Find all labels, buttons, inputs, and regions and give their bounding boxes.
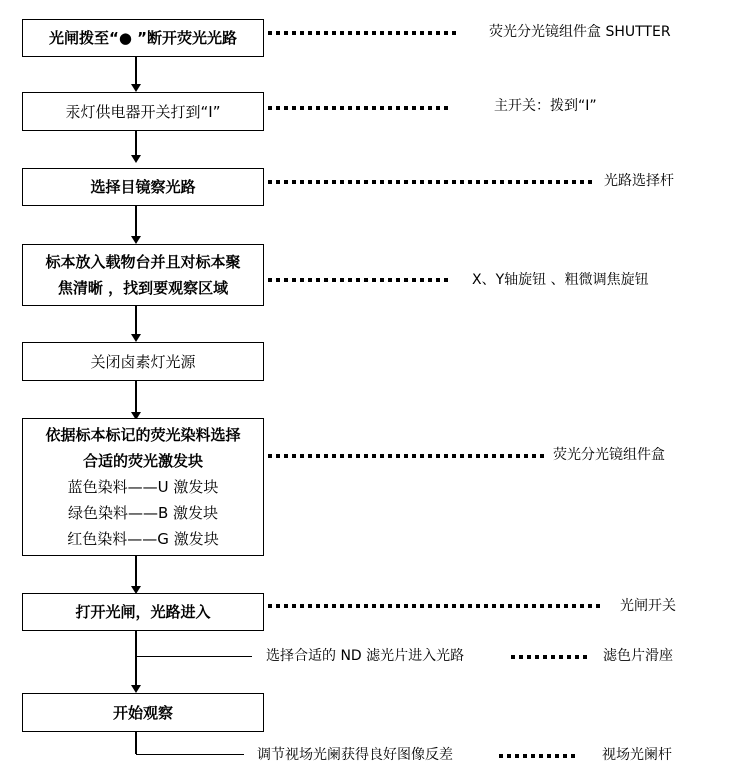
step-3-box: 选择目镜察光路: [22, 168, 264, 206]
branch-2-connector: [499, 754, 579, 758]
step-1-box: 光闸拨至“● ”断开荧光光路: [22, 19, 264, 57]
step-4-connector: [268, 278, 448, 282]
branch-1-connector: [511, 655, 587, 659]
flow-line: [135, 131, 137, 157]
step-3-label: 选择目镜察光路: [90, 174, 195, 200]
step-4-annotation: X、Y轴旋钮 、粗微调焦旋钮: [472, 271, 649, 289]
step-7-box: 打开光闸，光路进入: [22, 593, 264, 631]
step-2-connector: [268, 106, 448, 110]
branch-2-line: [136, 754, 244, 755]
step-4-label-line-1: 标本放入载物台并且对标本聚: [45, 249, 240, 275]
step-7-annotation: 光闸开关: [620, 597, 676, 615]
step-2-annotation: 主开关：拨到“I”: [494, 97, 597, 115]
arrow-down-icon: [131, 155, 141, 163]
step-6-label-line-1: 依据标本标记的荧光染料选择: [45, 422, 240, 448]
step-1-connector: [268, 31, 458, 35]
step-4-box: 标本放入载物台并且对标本聚 焦清晰 ，找到要观察区域: [22, 244, 264, 306]
step-1-annotation: 荧光分光镜组件盒 SHUTTER: [489, 23, 671, 41]
branch-2-text: 调节视场光阑获得良好图像反差: [257, 746, 453, 764]
step-4-label-line-2: 焦清晰 ，找到要观察区域: [58, 275, 228, 301]
step-6-connector: [268, 454, 544, 458]
arrow-down-icon: [131, 236, 141, 244]
arrow-down-icon: [131, 334, 141, 342]
branch-1-line: [136, 656, 252, 657]
flow-line: [135, 556, 137, 588]
flow-line: [135, 206, 137, 238]
step-8-box: 开始观察: [22, 693, 264, 732]
branch-1-annotation: 滤色片滑座: [603, 647, 673, 665]
arrow-down-icon: [131, 685, 141, 693]
flow-line: [135, 306, 137, 336]
step-3-connector: [268, 180, 596, 184]
step-6-label-line-2: 合适的荧光激发块: [83, 448, 203, 474]
step-3-annotation: 光路选择杆: [604, 172, 674, 190]
step-2-label: 汞灯供电器开关打到“I”: [66, 99, 221, 125]
step-5-label: 关闭卤素灯光源: [90, 349, 195, 375]
step-7-connector: [268, 604, 602, 608]
step-6-dye-red: 红色染料——G 激发块: [67, 526, 218, 552]
step-6-dye-blue: 蓝色染料——U 激发块: [68, 474, 219, 500]
step-6-dye-green: 绿色染料——B 激发块: [68, 500, 218, 526]
flow-line: [135, 631, 137, 687]
flow-line: [135, 732, 137, 754]
branch-2-annotation: 视场光阑杆: [602, 746, 672, 764]
step-1-label: 光闸拨至“● ”断开荧光光路: [49, 25, 237, 51]
arrow-down-icon: [131, 84, 141, 92]
step-7-label: 打开光闸，光路进入: [75, 599, 210, 625]
step-8-label: 开始观察: [113, 700, 173, 726]
flow-line: [135, 57, 137, 86]
step-6-annotation: 荧光分光镜组件盒: [553, 446, 665, 464]
branch-1-text: 选择合适的 ND 滤光片进入光路: [266, 647, 464, 665]
step-2-box: 汞灯供电器开关打到“I”: [22, 92, 264, 131]
step-6-box: 依据标本标记的荧光染料选择 合适的荧光激发块 蓝色染料——U 激发块 绿色染料—…: [22, 418, 264, 556]
step-5-box: 关闭卤素灯光源: [22, 342, 264, 381]
